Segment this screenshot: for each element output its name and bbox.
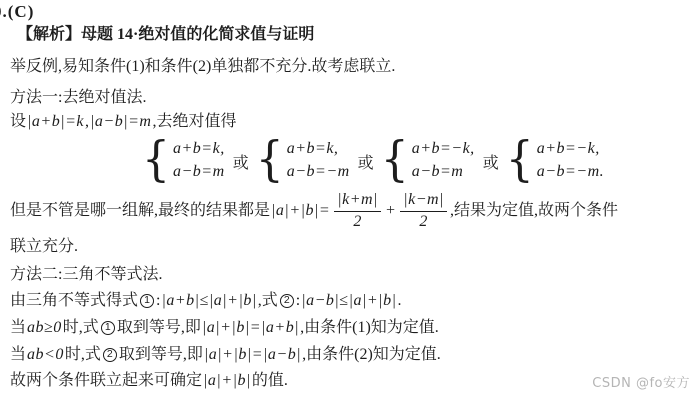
fraction-denominator: 2 [419,212,428,231]
system-equation-bottom: a−b=−m. [536,163,605,181]
fraction: |k+m|2 [334,191,381,231]
text-run: 方法一:去绝对值法. [10,88,146,107]
system-equation-top: a+b=−k, [536,140,605,158]
left-brace-icon: { [256,139,284,182]
system-equation-top: a+b=k, [172,140,226,158]
equation-system: {a+b=−k,a−b=−m. [506,140,605,180]
text-run: 当 [10,318,26,337]
text-run: 取到等号,即 [117,318,201,337]
system-equation-bottom: a−b=m [172,163,226,181]
left-brace-icon: { [381,139,409,182]
text-run: ,去绝对值得 [152,112,236,131]
text-run: ,结果为定值,故两个条件 [450,201,618,220]
fraction-numerator: |k+m| [334,191,381,211]
math-run: ab≥0 [26,318,63,337]
math-run: |a−b|=m [89,112,152,131]
circled-number: 1 [101,321,115,335]
or-label: 或 [233,154,249,173]
method2-title: 方法二:三角不等式法. [10,265,162,284]
fraction-numerator: |k−m| [400,191,447,211]
text-run: 取到等号,即 [119,345,203,364]
system-equation-bottom: a−b=−m [286,163,351,181]
text-run: 【解析】母题 14·绝对值的化简求值与证明 [17,25,314,44]
math-run: |a+b|≤|a|+|b| [160,291,257,310]
equation-system: {a+b=k,a−b=m [142,140,226,180]
math-run: + [384,201,397,220]
text-run: 由三角不等式得式 [10,291,138,310]
solution-document: 0.(C) 【解析】母题 14·绝对值的化简求值与证明 举反例,易知条件(1)和… [0,0,699,395]
triangle-inequalities-line: 由三角不等式得式1:|a+b|≤|a|+|b|,式2:|a−b|≤|a|+|b|… [10,291,401,310]
circled-number: 2 [103,348,117,362]
math-run: |a|+|b|=|a−b| [203,345,302,364]
text-run: 举反例,易知条件(1)和条件(2)单独都不充分.故考虑联立. [10,57,395,76]
case-ab-nonnegative-line: 当 ab≥0 时,式1取到等号,即|a|+|b|=|a+b|,由条件(1)知为定… [10,318,439,337]
text-run: 联立充分. [10,237,78,256]
fraction: |k−m|2 [400,191,447,231]
math-run: |a|+|b|= [270,201,331,220]
final-conclusion-line: 故两个条件联立起来可确定|a|+|b|的值. [10,371,288,390]
text-run: 的值. [252,371,288,390]
text-run: ,式 [258,291,278,310]
method1-title: 方法一:去绝对值法. [10,88,146,107]
text-run: 方法二:三角不等式法. [10,265,162,284]
math-run: ab<0 [26,345,65,364]
math-run: |a−b|≤|a|+|b| [300,291,397,310]
system-equation-top: a+b=k, [286,140,351,158]
text-run: . [397,291,401,310]
csdn-watermark: CSDN @fo安方 [592,372,690,391]
left-brace-icon: { [142,139,170,182]
system-equation-top: a+b=−k, [411,140,476,158]
case-ab-negative-line: 当 ab<0 时,式2取到等号,即|a|+|b|=|a−b|,由条件(2)知为定… [10,345,441,364]
system-equation-bottom: a−b=m [411,163,476,181]
math-run: |a+b|=k [26,112,85,131]
answer-label: 0.(C) [0,2,34,22]
text-run: ,由条件(2)知为定值. [302,345,441,364]
counterexample-paragraph: 举反例,易知条件(1)和条件(2)单独都不充分.故考虑联立. [10,57,395,76]
text-run: 设 [10,112,26,131]
text-run: 时,式 [65,345,101,364]
text-run: 但是不管是哪一组解,最终的结果都是 [10,201,270,220]
math-run: |a|+|b|=|a+b| [201,318,300,337]
circled-number: 1 [140,294,154,308]
text-run: 故两个条件联立起来可确定 [10,371,202,390]
or-label: 或 [483,154,499,173]
equation-system: {a+b=k,a−b=−m [256,140,351,180]
left-brace-icon: { [506,139,534,182]
circled-number: 2 [280,294,294,308]
math-run: |a|+|b| [202,371,252,390]
equation-systems: {a+b=k,a−b=m或{a+b=k,a−b=−m或{a+b=−k,a−b=m… [142,133,605,187]
method1-conclusion-continued: 联立充分. [10,237,78,256]
method1-setup: 设|a+b|=k,|a−b|=m,去绝对值得 [10,112,236,131]
fraction-denominator: 2 [353,212,362,231]
equation-system: {a+b=−k,a−b=m [381,140,476,180]
method1-conclusion: 但是不管是哪一组解,最终的结果都是|a|+|b|=|k+m|2+|k−m|2,结… [10,190,618,232]
or-label: 或 [358,154,374,173]
text-run: 当 [10,345,26,364]
text-run: 时,式 [63,318,99,337]
text-run: ,由条件(1)知为定值. [300,318,439,337]
analysis-header: 【解析】母题 14·绝对值的化简求值与证明 [17,25,314,44]
